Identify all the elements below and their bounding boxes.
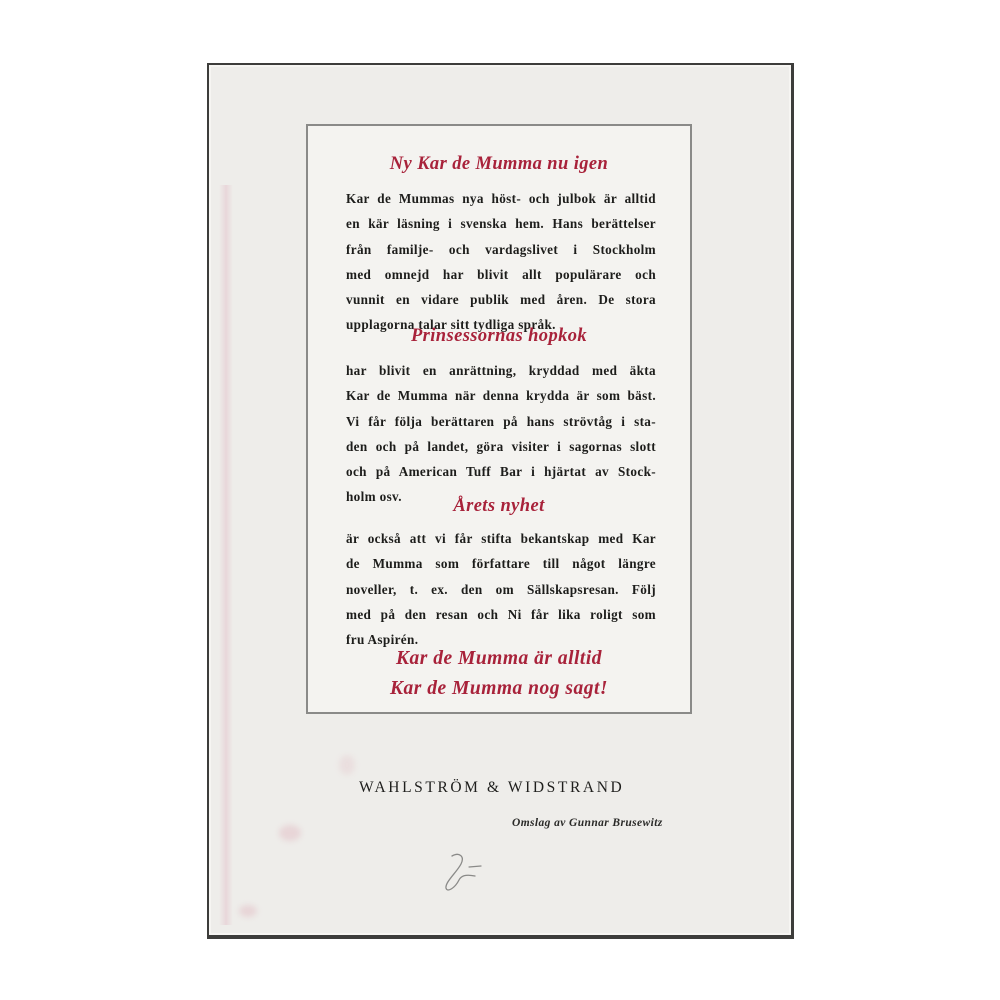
- section-heading-arets-nyhet: Årets nyhet: [308, 496, 690, 517]
- section-heading-ny-kar-de-mumma: Ny Kar de Mumma nu igen: [308, 154, 690, 175]
- text-line: Kar de Mumma när denna krydda är som bäs…: [346, 383, 656, 408]
- book-back-cover: Ny Kar de Mumma nu igen Kar de Mummas ny…: [207, 63, 794, 939]
- stain-spot: [239, 905, 257, 917]
- text-line: och på American Tuff Bar i hjärtat av St…: [346, 459, 656, 484]
- section-body-1: Kar de Mummas nya höst- och julbok är al…: [346, 186, 656, 338]
- publisher-name: WAHLSTRÖM & WIDSTRAND: [359, 779, 624, 797]
- text-line: har blivit en anrättning, kryddad med äk…: [346, 358, 656, 383]
- section-body-3: är också att vi får stifta bekantskap me…: [346, 526, 656, 652]
- stain-spot: [339, 755, 355, 775]
- section-body-2: har blivit en anrättning, kryddad med äk…: [346, 358, 656, 510]
- text-line: de Mumma som författare till något längr…: [346, 551, 656, 576]
- text-line: med på den resan och Ni får lika roligt …: [346, 602, 656, 627]
- handwritten-price-mark: [439, 850, 489, 895]
- section-heading-prinsessornas-hopkok: Prinsessornas hopkok: [308, 326, 690, 347]
- text-line: noveller, t. ex. den om Sällskapsresan. …: [346, 577, 656, 602]
- text-line: Kar de Mummas nya höst- och julbok är al…: [346, 186, 656, 211]
- text-line: en kär läsning i svenska hem. Hans berät…: [346, 211, 656, 236]
- text-line: från familje- och vardagslivet i Stockho…: [346, 237, 656, 262]
- blurb-box: Ny Kar de Mumma nu igen Kar de Mummas ny…: [306, 124, 692, 714]
- stain-spot: [279, 825, 301, 841]
- closing-slogan-line-1: Kar de Mumma är alltid: [308, 644, 690, 674]
- spine-discoloration: [219, 185, 233, 925]
- cover-credit: Omslag av Gunnar Brusewitz: [512, 817, 663, 829]
- closing-slogan-line-2: Kar de Mumma nog sagt!: [308, 674, 690, 704]
- text-line: är också att vi får stifta bekantskap me…: [346, 526, 656, 551]
- text-line: den och på landet, göra visiter i sagorn…: [346, 434, 656, 459]
- text-line: vunnit en vidare publik med åren. De sto…: [346, 287, 656, 312]
- text-line: Vi får följa berättaren på hans strövtåg…: [346, 409, 656, 434]
- text-line: med omnejd har blivit allt populärare oc…: [346, 262, 656, 287]
